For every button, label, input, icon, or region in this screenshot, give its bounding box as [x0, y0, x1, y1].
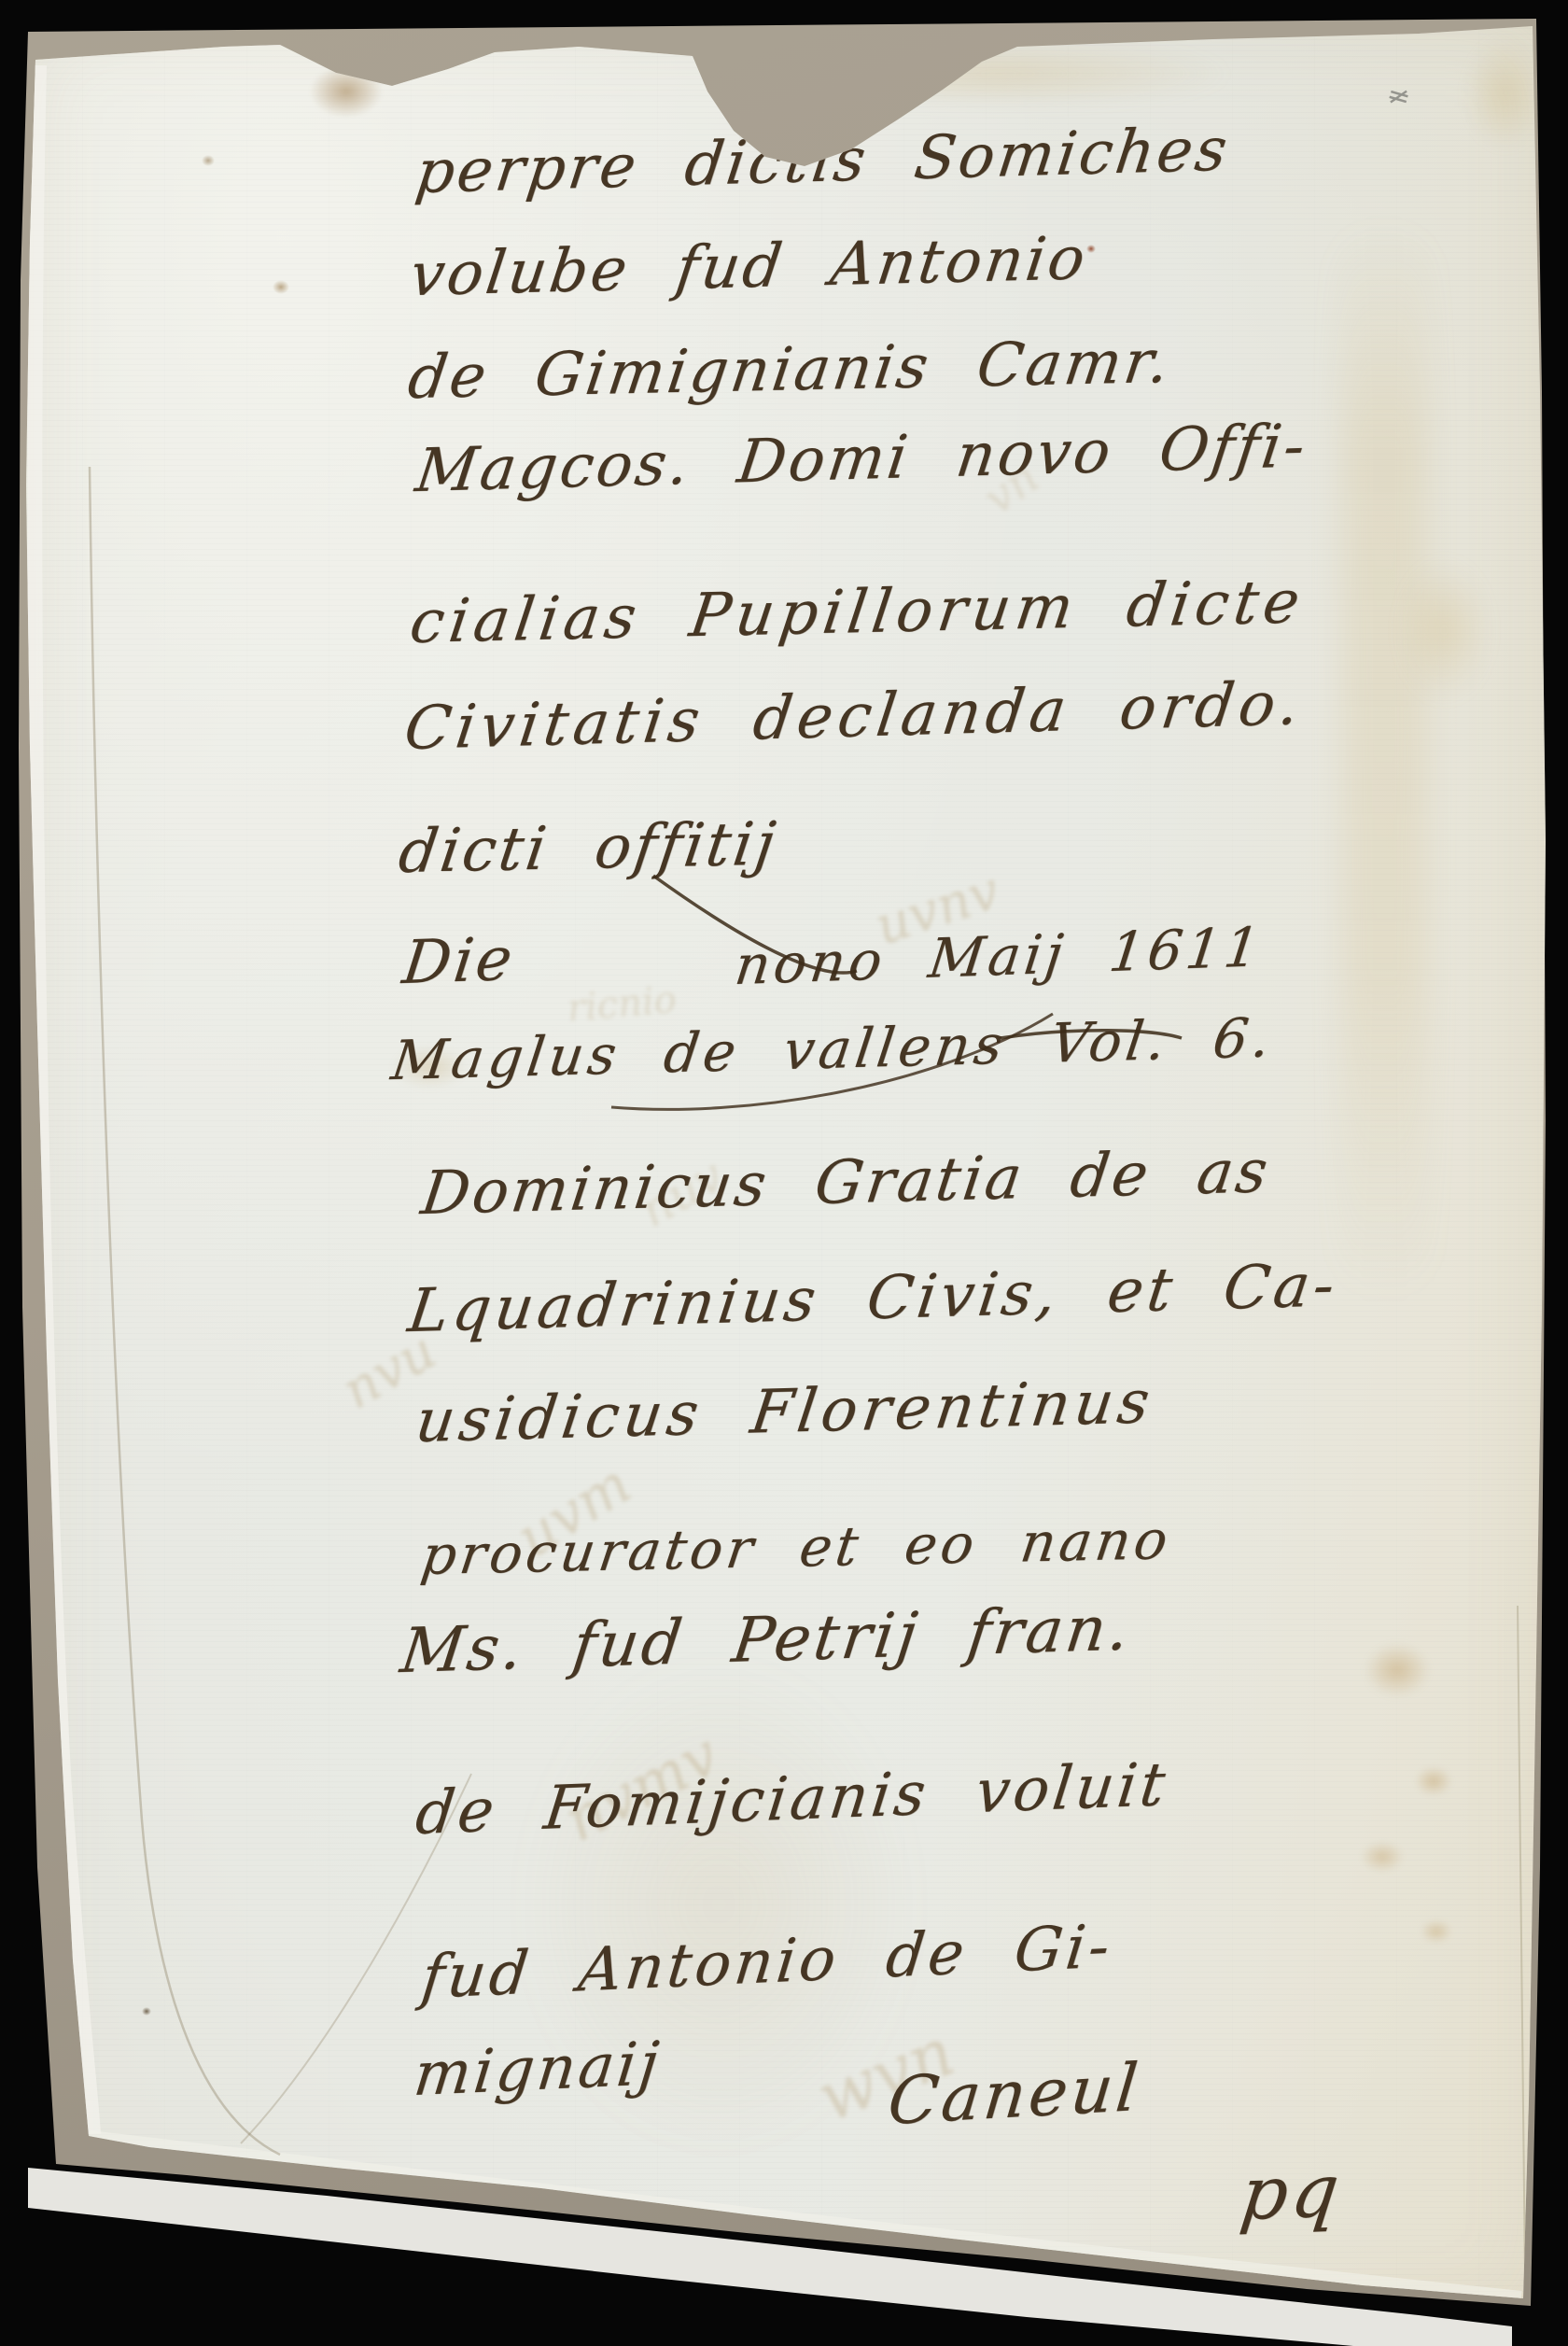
edge-crease: [1518, 1606, 1525, 2276]
manuscript-line-8-die: Die: [399, 925, 518, 999]
notary-flourish: pq: [1236, 2149, 1347, 2237]
fold-crease: [90, 467, 280, 2155]
manuscript-line-7: dicti offitij: [395, 809, 782, 887]
scan-background: uvnv ricnio nvu uvm nvmv wvn vn nuv perp…: [0, 0, 1568, 2346]
manuscript-line-17-end: Caneul: [885, 2049, 1144, 2141]
manuscript-page: uvnv ricnio nvu uvm nvmv wvn vn nuv perp…: [0, 0, 1568, 2346]
manuscript-line-17: mignaij: [411, 2030, 665, 2110]
